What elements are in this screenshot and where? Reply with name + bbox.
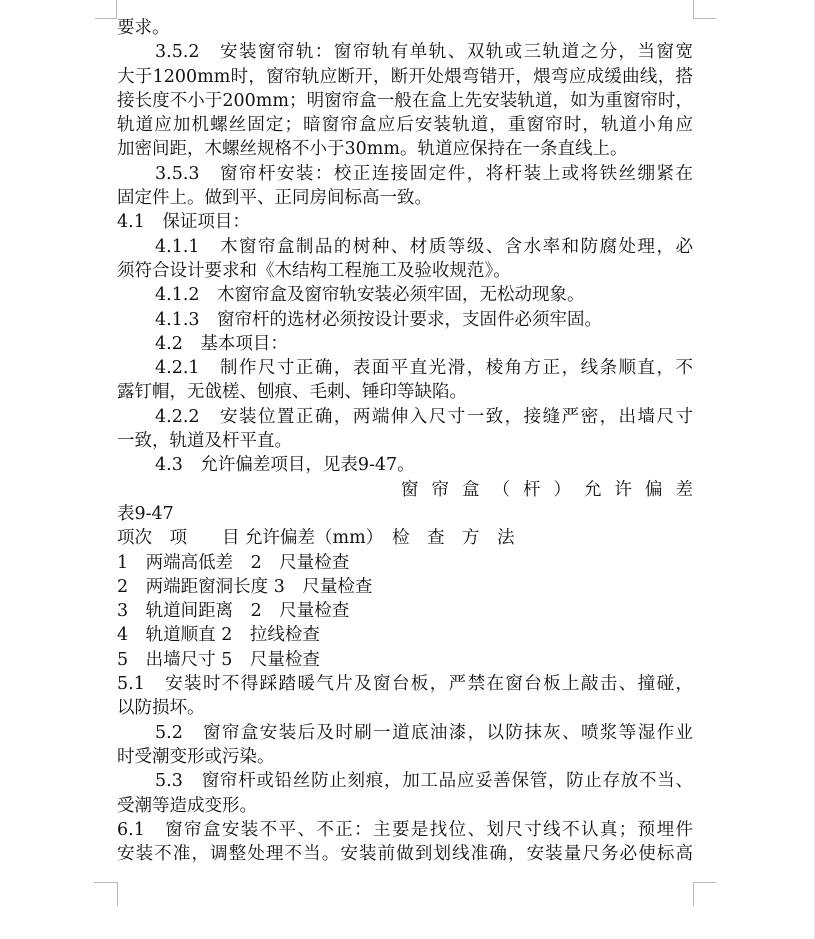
paragraph-line: 大于1200mm时，窗帘轨应断开，断开处煨弯错开，煨弯应成缓曲线，搭 (117, 65, 693, 89)
paragraph-line: 须符合设计要求和《木结构工程施工及验收规范》。 (117, 259, 693, 283)
crop-mark-bottom-right-h (693, 882, 716, 883)
table-caption: 窗帘盒（杆）允许偏差 (117, 478, 706, 502)
document-body: 要求。 3.5.2 安装窗帘轨：窗帘轨有单轨、双轨或三轨道之分，当窗宽 大于12… (117, 16, 693, 866)
paragraph-line: 6.1 窗帘盒安装不平、不正：主要是找位、划尺寸线不认真；预埋件 (117, 818, 693, 842)
crop-mark-bottom-left-h (94, 882, 117, 883)
table-header-row: 项次 项 目 允许偏差（mm） 检 查 方 法 (117, 526, 693, 550)
table-row: 5 出墙尺寸 5 尺量检查 (117, 648, 693, 672)
paragraph-line: 4.3 允许偏差项目，见表9-47。 (117, 453, 693, 477)
paragraph-line: 4.1.3 窗帘杆的选材必须按设计要求，支固件必须牢固。 (117, 308, 693, 332)
paragraph-line: 露钉帽，无戗槎、刨痕、毛刺、锤印等缺陷。 (117, 380, 693, 404)
crop-mark-top-right-v (693, 0, 694, 18)
paragraph-line: 3.5.2 安装窗帘轨：窗帘轨有单轨、双轨或三轨道之分，当窗宽 (117, 40, 693, 64)
table-row: 2 两端距窗洞长度 3 尺量检查 (117, 575, 693, 599)
paragraph-line: 4.2.2 安装位置正确，两端伸入尺寸一致，接缝严密，出墙尺寸 (117, 405, 693, 429)
table-caption-number: 表9-47 (117, 502, 693, 526)
crop-mark-top-left-h (95, 18, 117, 19)
paragraph-line: 固定件上。做到平、正同房间标高一致。 (117, 186, 693, 210)
paragraph-line: 时受潮变形或污染。 (117, 745, 693, 769)
paragraph-line: 5.3 窗帘杆或铅丝防止刻痕，加工品应妥善保管，防止存放不当、 (117, 769, 693, 793)
paragraph-line: 5.1 安装时不得踩踏暖气片及窗台板，严禁在窗台板上敲击、撞碰， (117, 672, 693, 696)
section-heading: 4.2 基本项目： (117, 332, 693, 356)
table-row: 4 轨道顺直 2 拉线检查 (117, 623, 693, 647)
paragraph-line: 轨道应加机螺丝固定；暗窗帘盒应后安装轨道，重窗帘时，轨道小角应 (117, 113, 693, 137)
table-row: 3 轨道间距离 2 尺量检查 (117, 599, 693, 623)
table-row: 1 两端高低差 2 尺量检查 (117, 551, 693, 575)
paragraph-line: 5.2 窗帘盒安装后及时刷一道底油漆，以防抹灰、喷浆等湿作业 (117, 721, 693, 745)
paragraph-line: 以防损坏。 (117, 696, 693, 720)
paragraph-line: 一致，轨道及杆平直。 (117, 429, 693, 453)
crop-mark-bottom-right-v (693, 882, 694, 906)
paragraph-line: 4.2.1 制作尺寸正确，表面平直光滑，棱角方正，线条顺直，不 (117, 356, 693, 380)
paragraph-line: 3.5.3 窗帘杆安装：校正连接固定件，将杆装上或将铁丝绷紧在 (117, 162, 693, 186)
paragraph-line: 4.1.1 木窗帘盒制品的树种、材质等级、含水率和防腐处理，必 (117, 235, 693, 259)
paragraph-line: 加密间距，木螺丝规格不小于30mm。轨道应保持在一条直线上。 (117, 137, 693, 161)
section-heading: 4.1 保证项目： (117, 210, 693, 234)
paragraph-line: 4.1.2 木窗帘盒及窗帘轨安装必须牢固，无松动现象。 (117, 283, 693, 307)
paragraph-line: 受潮等造成变形。 (117, 794, 693, 818)
crop-mark-bottom-left-v (117, 882, 118, 906)
paragraph-line: 接长度不小于200mm；明窗帘盒一般在盒上先安装轨道，如为重窗帘时， (117, 89, 693, 113)
crop-mark-top-right-h (693, 18, 716, 19)
paragraph-line: 要求。 (117, 16, 693, 40)
paragraph-line: 安装不准，调整处理不当。安装前做到划线准确，安装量尺务必使标高 (117, 842, 693, 866)
